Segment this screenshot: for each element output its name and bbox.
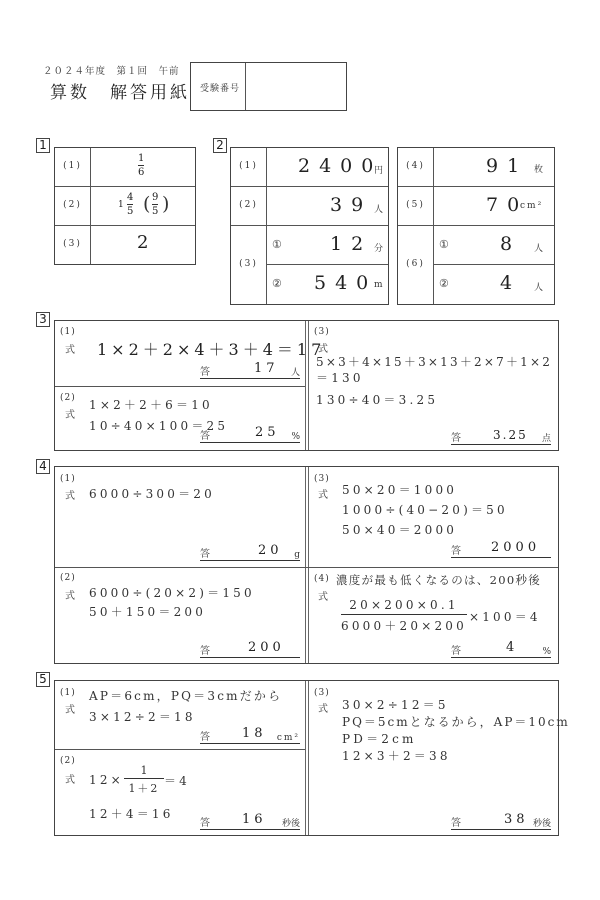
s3-q1-formula: 1×2＋2×4＋3＋4＝17 <box>97 337 325 360</box>
s2-q6-2-mark: ② <box>439 277 449 290</box>
s2-q4-unit: 枚 <box>534 162 543 175</box>
exam-info: ２０２４年度 第１回 午前 <box>43 63 180 77</box>
s1-q3-label: (3) <box>55 239 90 249</box>
s5-q1-answer: 18 <box>242 726 267 741</box>
s2-q6-2-answer: 4 <box>500 272 521 294</box>
section-1-table: (1) 16 (2) 1 45 ( 95 ) (3) 2 <box>54 147 196 265</box>
s2-q5-unit: cm² <box>520 201 543 211</box>
s5-q3-answer-line: 答 38 秒後 <box>451 813 551 830</box>
s3-q1-answer-line: 答 17 人 <box>200 362 300 379</box>
s1-q2-alt-fraction: 95 <box>152 192 158 217</box>
s4-q1-answer: 20 <box>258 543 283 558</box>
section-5-number: 5 <box>36 672 50 687</box>
s5-q1-answer-line: 答 18 cm² <box>200 727 300 744</box>
section-4-frame: (1) 式 6000÷300＝20 答 20 g (2) 式 6000÷(20×… <box>54 466 559 664</box>
s4-q4-answer-line: 答 4 % <box>451 641 551 658</box>
page-title: 算数 解答用紙 <box>50 78 190 103</box>
exam-number-label: 受験番号 <box>200 81 240 94</box>
s4-q3-answer: 2000 <box>491 540 540 555</box>
s2-q2-answer: 39 <box>330 194 372 216</box>
s2-q2-label: (2) <box>231 200 266 210</box>
s2-q3-label: (3) <box>231 259 266 269</box>
s4-q1-answer-line: 答 20 g <box>200 544 300 561</box>
s3-q1-answer: 17 <box>254 361 279 376</box>
s2-q1-label: (1) <box>231 161 266 171</box>
s4-q2-answer: 200 <box>248 640 285 655</box>
s3-q3-answer: 3.25 <box>493 428 528 442</box>
s1-q2-label: (2) <box>55 200 90 210</box>
s2-q3-1-answer: 12 <box>330 233 372 255</box>
section-3-number: 3 <box>36 312 50 327</box>
section-2-left-table: (1) 2400 円 (2) 39 人 (3) ① 12 分 ② 540 m <box>230 147 389 305</box>
s2-q5-label: (5) <box>398 200 433 210</box>
s5-q2-formula: 12× 1 1＋2 ＝4 <box>89 764 190 796</box>
s5-q3-answer: 38 <box>504 812 529 827</box>
s2-q3-2-mark: ② <box>272 277 282 290</box>
s1-q3-answer: 2 <box>137 232 148 253</box>
s1-q1-label: (1) <box>55 161 90 171</box>
s2-q6-label: (6) <box>398 259 433 269</box>
s2-q4-answer: 91 <box>486 155 528 177</box>
s2-q1-unit: 円 <box>374 163 383 176</box>
s2-q2-unit: 人 <box>374 202 383 215</box>
s5-q2-answer: 16 <box>242 812 267 827</box>
s2-q6-1-answer: 8 <box>500 233 521 255</box>
s3-q2-answer-line: 答 25 % <box>200 426 300 443</box>
s4-q4-answer: 4 <box>506 640 518 655</box>
s2-q3-1-unit: 分 <box>374 241 383 254</box>
s4-q3-answer-line: 答 2000 <box>451 541 551 558</box>
s2-q3-1-mark: ① <box>272 238 282 251</box>
section-1-number: 1 <box>36 138 50 153</box>
s4-q4-fraction: 20×200×0.1 6000＋20×200 ×100＝4 <box>341 598 541 634</box>
s2-q6-1-unit: 人 <box>534 241 543 254</box>
section-3-frame: (1) 式 1×2＋2×4＋3＋4＝17 答 17 人 (2) 式 1×2＋2＋… <box>54 320 559 451</box>
section-5-frame: (1) 式 AP＝6cm，PQ＝3cmだから 3×12÷2＝18 答 18 cm… <box>54 680 559 836</box>
s3-q3-answer-line: 答 3.25 点 <box>451 428 551 445</box>
s2-q3-2-unit: m <box>374 280 383 290</box>
s2-q1-answer: 2400 <box>298 155 382 177</box>
s5-q2-answer-line: 答 16 秒後 <box>200 813 300 830</box>
s1-q2-whole: 1 <box>118 200 124 210</box>
s1-q2-fraction: 45 <box>127 192 133 217</box>
section-4-number: 4 <box>36 459 50 474</box>
s2-q4-label: (4) <box>398 161 433 171</box>
s1-q1-answer: 16 <box>138 153 144 178</box>
section-2-right-table: (4) 91 枚 (5) 70 cm² (6) ① 8 人 ② 4 人 <box>397 147 555 305</box>
section-2-number: 2 <box>213 138 227 153</box>
s4-q2-answer-line: 答 200 <box>200 641 300 658</box>
s2-q6-2-unit: 人 <box>534 280 543 293</box>
s2-q6-1-mark: ① <box>439 238 449 251</box>
s3-q2-answer: 25 <box>255 425 280 440</box>
exam-number-box: 受験番号 <box>190 62 347 111</box>
s2-q3-2-answer: 540 <box>314 272 377 294</box>
exam-number-field[interactable] <box>247 63 345 110</box>
